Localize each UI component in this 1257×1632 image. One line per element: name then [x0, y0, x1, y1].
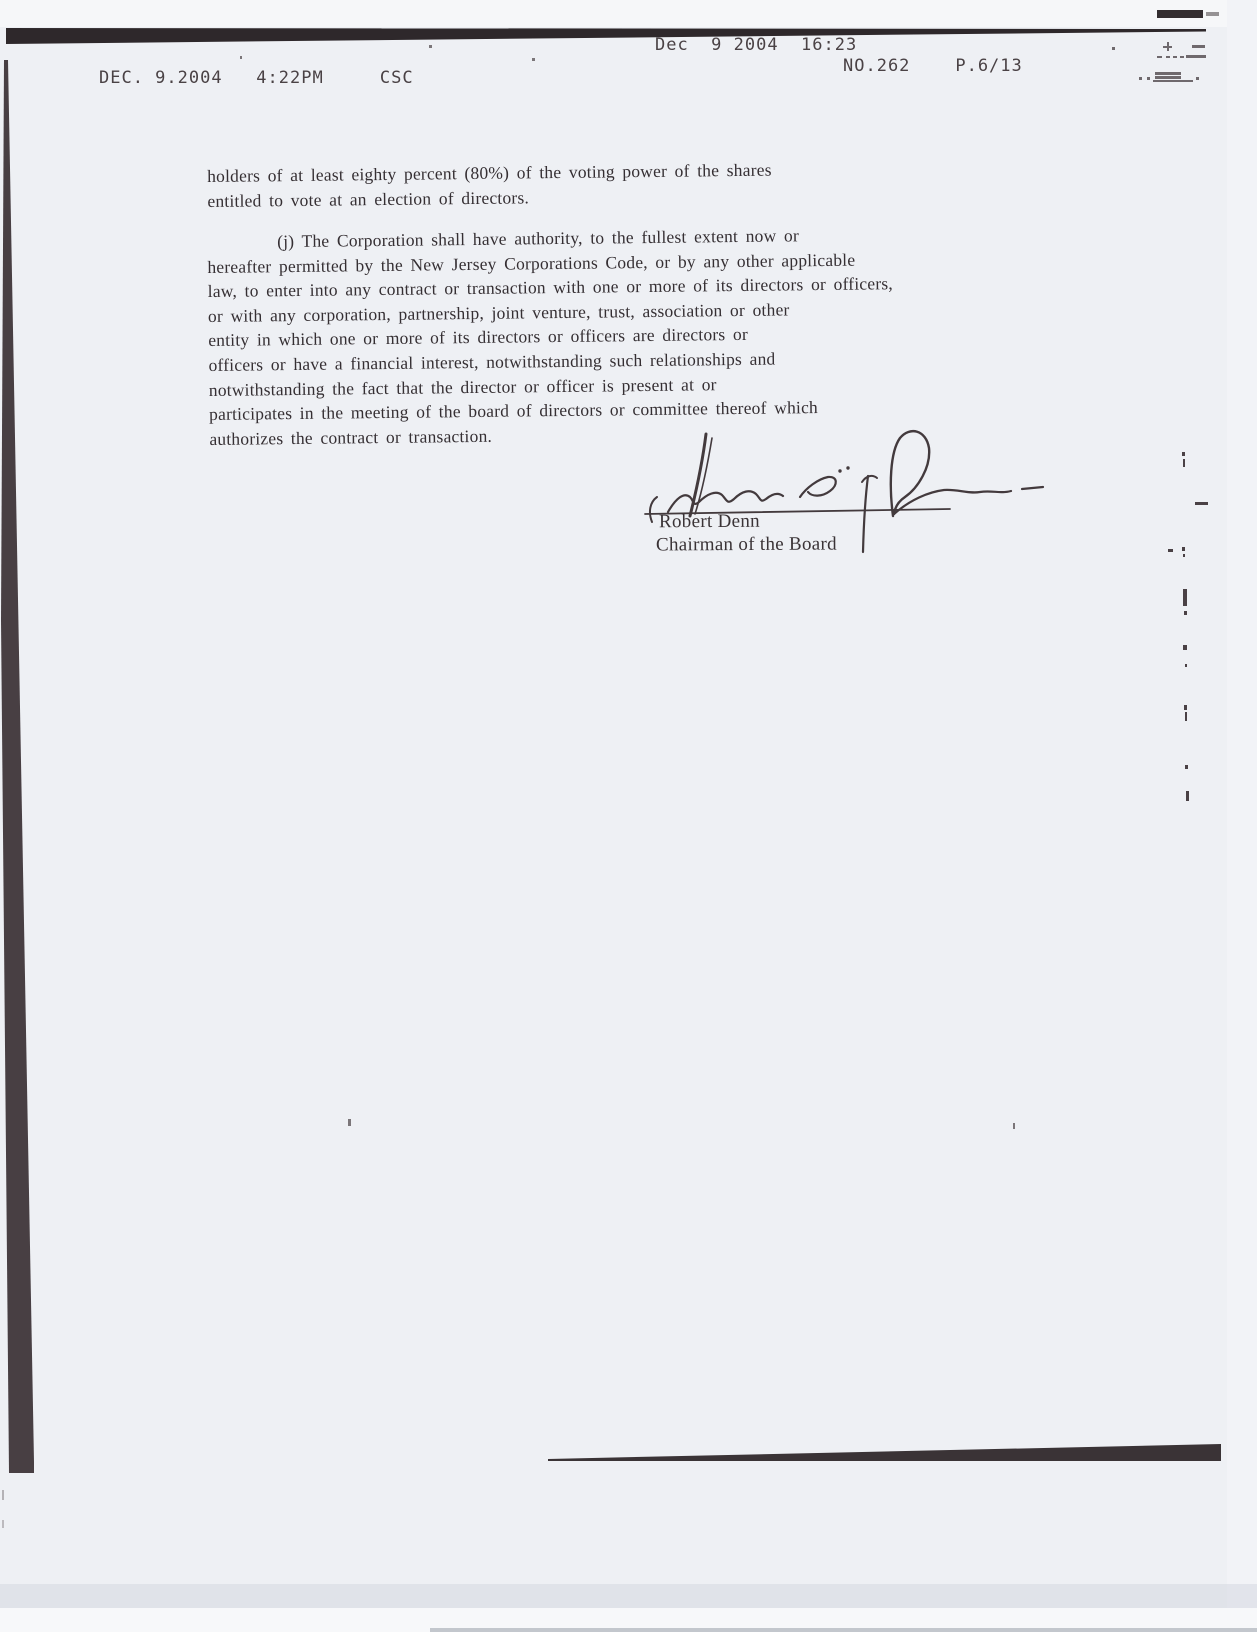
signatory-name: Robert Denn	[659, 511, 760, 534]
scan-shading-bottom-band	[0, 1584, 1257, 1608]
fax-page-number-header: NO.262 P.6/13	[843, 56, 1023, 76]
scan-edge-line-bottom	[430, 1628, 1257, 1632]
signatory-title: Chairman of the Board	[656, 534, 837, 557]
scan-shading-top	[0, 0, 1257, 27]
fax-sender-header: DEC. 9.2004 4:22PM CSC	[99, 68, 414, 88]
scanned-fax-page: Dec 9 2004 16:23 NO.262 P.6/13 DEC. 9.20…	[0, 0, 1257, 1632]
paragraph-continuation: holders of at least eighty percent (80%)…	[207, 158, 772, 214]
fax-timestamp-header: Dec 9 2004 16:23	[655, 35, 857, 55]
scan-shading-right	[1227, 0, 1257, 1632]
paragraph-j: (j) The Corporation shall have authority…	[207, 222, 895, 451]
scan-shading-bottom-white	[0, 1608, 1257, 1632]
